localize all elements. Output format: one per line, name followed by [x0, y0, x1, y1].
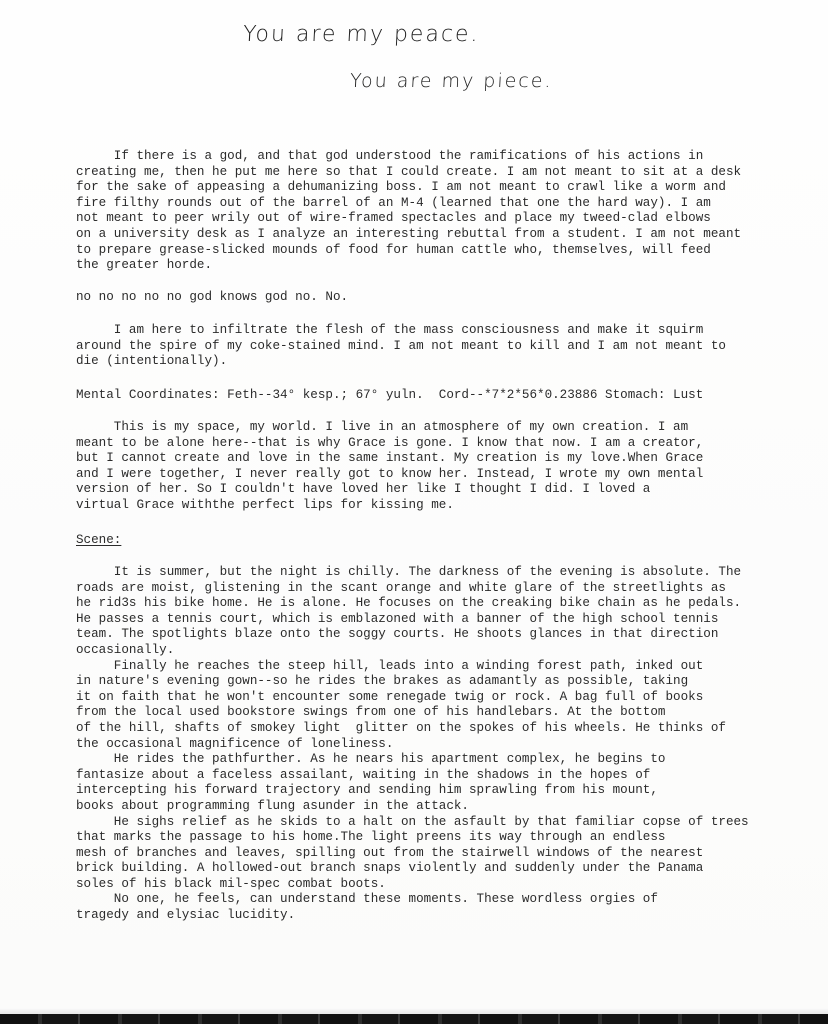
text-line: Finally he reaches the steep hill, leads… — [76, 659, 749, 675]
text-line: roads are moist, glistening in the scant… — [76, 581, 749, 597]
text-line: the occasional magnificence of lonelines… — [76, 737, 749, 753]
text-line: from the local used bookstore swings fro… — [76, 705, 749, 721]
text-line: that marks the passage to his home.The l… — [76, 830, 749, 846]
text-line: fantasize about a faceless assailant, wa… — [76, 768, 749, 784]
paragraph-scene: It is summer, but the night is chilly. T… — [76, 565, 749, 924]
text-line: virtual Grace withthe perfect lips for k… — [76, 498, 703, 514]
text-line: but I cannot create and love in the same… — [76, 451, 703, 467]
text-line: Scene: — [76, 533, 121, 549]
scene-heading: Scene: — [76, 533, 121, 549]
text-line: tragedy and elysiac lucidity. — [76, 908, 749, 924]
paragraph-god: If there is a god, and that god understo… — [76, 149, 741, 274]
scan-edge-strip — [0, 1014, 828, 1024]
text-line: intercepting his forward trajectory and … — [76, 783, 749, 799]
mental-coordinates-line: Mental Coordinates: Feth--34° kesp.; 67°… — [76, 388, 703, 404]
text-line: and I were together, I never really got … — [76, 467, 703, 483]
text-line: the greater horde. — [76, 258, 741, 274]
text-line: It is summer, but the night is chilly. T… — [76, 565, 749, 581]
text-line: of the hill, shafts of smokey light glit… — [76, 721, 749, 737]
text-line: brick building. A hollowed-out branch sn… — [76, 861, 749, 877]
text-line: He rides the pathfurther. As he nears hi… — [76, 752, 749, 768]
text-line: books about programming flung asunder in… — [76, 799, 749, 815]
text-line: to prepare grease-slicked mounds of food… — [76, 243, 741, 259]
text-line: in nature's evening gown--so he rides th… — [76, 674, 749, 690]
text-line: He sighs relief as he skids to a halt on… — [76, 815, 749, 831]
text-line: No one, he feels, can understand these m… — [76, 892, 749, 908]
text-line: I am here to infiltrate the flesh of the… — [76, 323, 726, 339]
text-line: This is my space, my world. I live in an… — [76, 420, 703, 436]
typewritten-page: You are my peace. You are my piece. If t… — [0, 0, 828, 1024]
text-line: die (intentionally). — [76, 354, 726, 370]
text-line: no no no no no god knows god no. No. — [76, 290, 348, 306]
text-line: meant to be alone here--that is why Grac… — [76, 436, 703, 452]
text-line: he rid3s his bike home. He is alone. He … — [76, 596, 749, 612]
text-line: around the spire of my coke-stained mind… — [76, 339, 726, 355]
text-line: team. The spotlights blaze onto the sogg… — [76, 627, 749, 643]
text-line: not meant to peer wrily out of wire-fram… — [76, 211, 741, 227]
line-no-no-no: no no no no no god knows god no. No. — [76, 290, 348, 306]
text-line: creating me, then he put me here so that… — [76, 165, 741, 181]
text-line: soles of his black mil-spec combat boots… — [76, 877, 749, 893]
text-line: mesh of branches and leaves, spilling ou… — [76, 846, 749, 862]
handwritten-line-peace: You are my peace. — [242, 22, 480, 47]
text-line: on a university desk as I analyze an int… — [76, 227, 741, 243]
text-line: it on faith that he won't encounter some… — [76, 690, 749, 706]
paragraph-infiltrate: I am here to infiltrate the flesh of the… — [76, 323, 726, 370]
text-line: He passes a tennis court, which is embla… — [76, 612, 749, 628]
handwritten-line-piece: You are my piece. — [349, 70, 553, 92]
paragraph-space: This is my space, my world. I live in an… — [76, 420, 703, 514]
text-line: occasionally. — [76, 643, 749, 659]
text-line: Mental Coordinates: Feth--34° kesp.; 67°… — [76, 388, 703, 404]
text-line: fire filthy rounds out of the barrel of … — [76, 196, 741, 212]
text-line: for the sake of appeasing a dehumanizing… — [76, 180, 741, 196]
text-line: If there is a god, and that god understo… — [76, 149, 741, 165]
text-line: version of her. So I couldn't have loved… — [76, 482, 703, 498]
